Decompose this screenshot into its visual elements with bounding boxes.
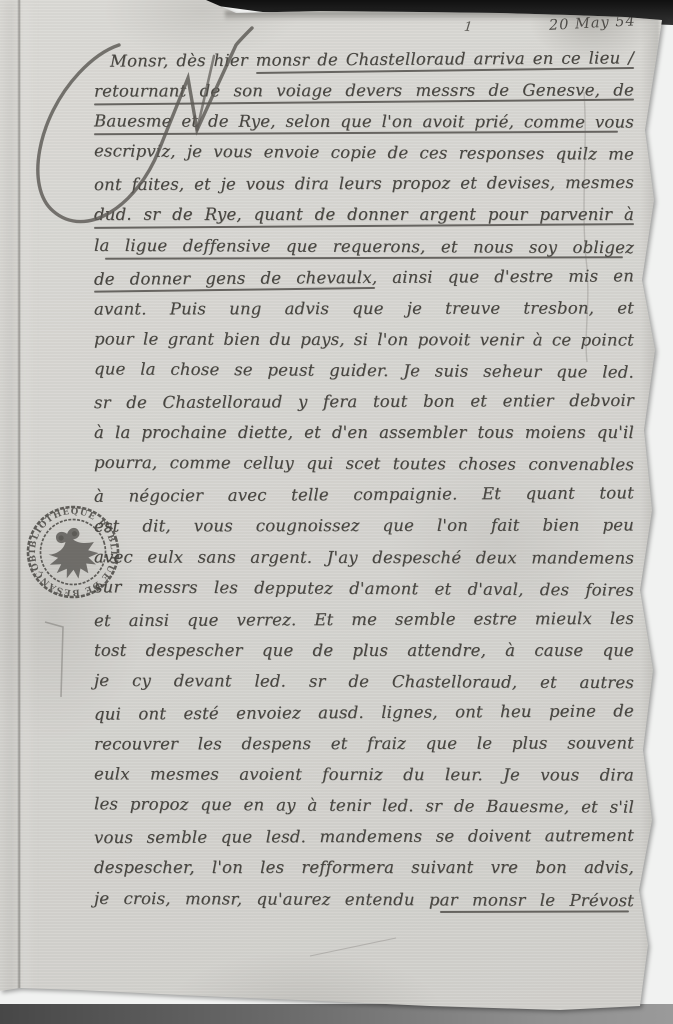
scratch-mark (310, 938, 396, 956)
manuscript-line: retournant de son voiage devers messrs d… (94, 75, 634, 107)
margin-bracket-mark (45, 622, 63, 697)
paper-surface: 1 20 May 54 Monsr, dès hier monsr de Cha… (0, 0, 673, 1024)
manuscript-line: je crois, monsr, qu'aurez entendu par mo… (94, 882, 634, 915)
torn-right-edge (641, 0, 659, 1010)
manuscript-line: à négocier avec telle compaignie. Et qua… (94, 478, 634, 512)
manuscript-line: qui ont esté envoiez ausd. lignes, ont h… (94, 695, 634, 729)
manuscript-line: escripviz, je vous envoie copie de ces r… (94, 136, 634, 170)
manuscript-page: 1 20 May 54 Monsr, dès hier monsr de Cha… (0, 0, 673, 1024)
manuscript-line: de donner gens de chevaulx, ainsi que d'… (94, 260, 634, 294)
manuscript-line: avant. Puis ung advis que je treuve tres… (94, 292, 634, 324)
manuscript-line: pourra, comme celluy qui scet toutes cho… (94, 447, 634, 480)
binding-fold (17, 0, 21, 1000)
manuscript-line: les propoz que en ay à tenir led. sr de … (94, 789, 634, 823)
manuscript-line: que la chose se peust guider. Je suis se… (94, 353, 634, 387)
manuscript-line: vous semble que lesd. mandemens se doive… (94, 820, 634, 853)
manuscript-line: sur messrs les depputez d'amont et d'ava… (94, 571, 634, 605)
manuscript-line: eulx mesmes avoient fourniz du leur. Je … (94, 759, 634, 791)
manuscript-line: Monsr, dès hier monsr de Chastelloraud a… (94, 42, 634, 76)
manuscript-line: est dit, vous cougnoissez que l'on fait … (94, 510, 634, 542)
folio-number: 1 (463, 20, 473, 36)
manuscript-line: à la prochaine diette, et d'en assembler… (94, 417, 634, 448)
manuscript-line: despescher, l'on les refformera suivant … (94, 852, 634, 883)
manuscript-line: ont faites, et je vous dira leurs propoz… (94, 167, 634, 200)
manuscript-line: dud. sr de Rye, quant de donner argent p… (94, 199, 634, 230)
manuscript-line: pour le grant bien du pays, si l'on povo… (94, 323, 634, 355)
manuscript-line: et ainsi que verrez. Et me semble estre … (94, 603, 634, 636)
manuscript-line: la ligue deffensive que requerons, et no… (94, 229, 634, 262)
manuscript-line: je cy devant led. sr de Chastelloraud, e… (94, 665, 634, 698)
manuscript-line: avec eulx sans argent. J'ay despesché de… (94, 541, 634, 573)
manuscript-line: sr de Chastelloraud y fera tout bon et e… (94, 385, 634, 418)
manuscript-line: Bauesme et de Rye, selon que l'on avoit … (94, 106, 634, 138)
manuscript-text: Monsr, dès hier monsr de Chastelloraud a… (94, 44, 634, 915)
manuscript-line: tost despescher que de plus attendre, à … (94, 635, 634, 666)
manuscript-line: recouvrer les despens et fraiz que le pl… (94, 727, 634, 759)
